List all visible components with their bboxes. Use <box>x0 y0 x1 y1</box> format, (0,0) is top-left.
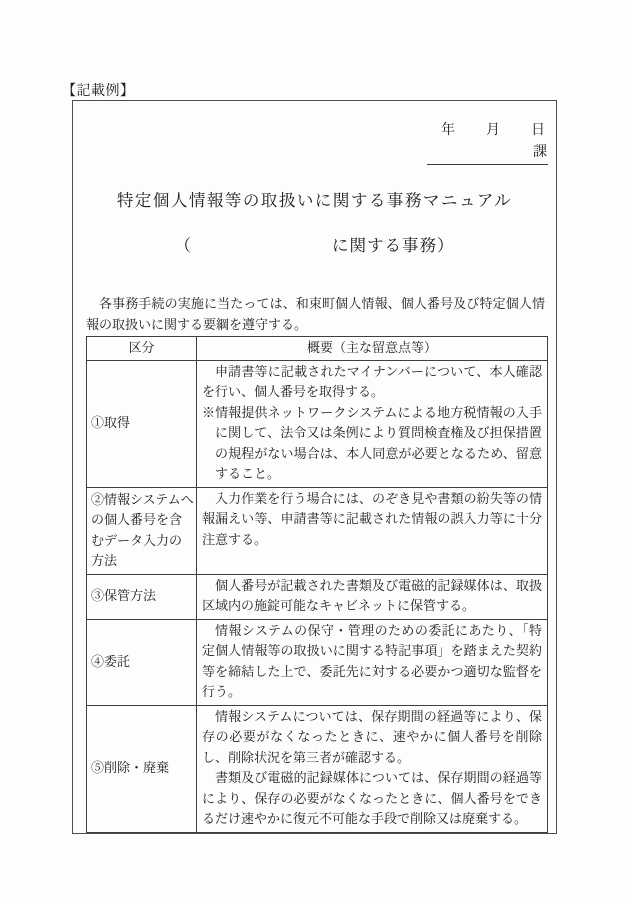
paragraph: 個人番号が記載された書類及び電磁的記録媒体は、取扱区域内の施錠可能なキャビネット… <box>202 576 542 617</box>
paragraph: 入力作業を行う場合には、のぞき見や書類の紛失等の情報漏えい等、申請書等に記載され… <box>202 489 542 551</box>
row-label-outsourcing: ④委託 <box>87 619 197 705</box>
intro-paragraph: 各事務手続の実施に当たっては、和束町個人情報、個人番号及び特定個人情報の取扱いに… <box>86 294 545 335</box>
row-label-data-entry: ②情報システムへの個人番号を含むデータ入力の方法 <box>87 487 197 574</box>
department-suffix: 課 <box>533 145 548 160</box>
department-line: 課 <box>73 143 556 165</box>
row-content-deletion: 情報システムについては、保存期間の経過等により、保存の必要がなくなったときに、速… <box>197 705 548 832</box>
table-row-storage: ③保管方法 個人番号が記載された書類及び電磁的記録媒体は、取扱区域内の施錠可能な… <box>87 574 548 619</box>
header-category: 区分 <box>87 337 197 361</box>
paragraph: 書類及び電磁的記録媒体については、保存期間の経過等により、保存の必要がなくなった… <box>202 768 542 830</box>
document-frame: 年 月 日 課 特定個人情報等の取扱いに関する事務マニュアル （ に関する事務）… <box>72 100 557 834</box>
date-line: 年 月 日 <box>73 122 556 140</box>
row-label-storage: ③保管方法 <box>87 574 197 619</box>
paragraph: 情報システムの保守・管理のための委託にあたり、「特定個人情報等の取扱いに関する特… <box>202 621 542 703</box>
row-content-storage: 個人番号が記載された書類及び電磁的記録媒体は、取扱区域内の施錠可能なキャビネット… <box>197 574 548 619</box>
table-header-row: 区分 概要（主な留意点等） <box>87 337 548 361</box>
table-row-data-entry: ②情報システムへの個人番号を含むデータ入力の方法 入力作業を行う場合には、のぞき… <box>87 487 548 574</box>
table-row-acquisition: ①取得 申請書等に記載されたマイナンバーについて、本人確認を行い、個人番号を取得… <box>87 360 548 487</box>
example-label: 【記載例】 <box>62 80 135 100</box>
row-label-acquisition: ①取得 <box>87 360 197 487</box>
row-label-deletion: ⑤削除・廃棄 <box>87 705 197 832</box>
document-page: 【記載例】 年 月 日 課 特定個人情報等の取扱いに関する事務マニュアル （ に… <box>0 0 630 903</box>
row-content-data-entry: 入力作業を行う場合には、のぞき見や書類の紛失等の情報漏えい等、申請書等に記載され… <box>197 487 548 574</box>
document-subtitle: （ に関する事務） <box>73 235 556 257</box>
row-content-outsourcing: 情報システムの保守・管理のための委託にあたり、「特定個人情報等の取扱いに関する特… <box>197 619 548 705</box>
document-title: 特定個人情報等の取扱いに関する事務マニュアル <box>73 190 556 212</box>
table-row-outsourcing: ④委託 情報システムの保守・管理のための委託にあたり、「特定個人情報等の取扱いに… <box>87 619 548 705</box>
note-paragraph: ※情報提供ネットワークシステムによる地方税情報の入手に関して、法令又は条例により… <box>202 403 542 485</box>
table-row-deletion: ⑤削除・廃棄 情報システムについては、保存期間の経過等により、保存の必要がなくな… <box>87 705 548 832</box>
department-underline: 課 <box>427 144 548 165</box>
header-summary: 概要（主な留意点等） <box>197 337 548 361</box>
paragraph: 申請書等に記載されたマイナンバーについて、本人確認を行い、個人番号を取得する。 <box>202 362 542 403</box>
row-content-acquisition: 申請書等に記載されたマイナンバーについて、本人確認を行い、個人番号を取得する。 … <box>197 360 548 487</box>
manual-table: 区分 概要（主な留意点等） ①取得 申請書等に記載されたマイナンバーについて、本… <box>86 336 548 833</box>
paragraph: 情報システムについては、保存期間の経過等により、保存の必要がなくなったときに、速… <box>202 707 542 769</box>
